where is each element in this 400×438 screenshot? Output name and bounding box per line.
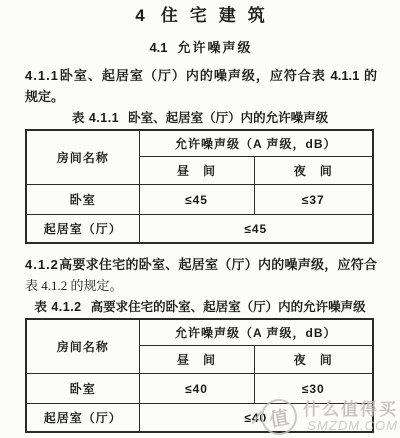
table-4-1-2-room-bedroom: 卧室 — [26, 374, 139, 404]
table-4-1-2-room-livingroom: 起居室（厅） — [26, 404, 139, 433]
table-4-1-1: 房间名称 允许噪声级（A 声级，dB） 昼 间 夜 间 卧室 ≤45 ≤37 起… — [25, 129, 374, 244]
document-page: 4住宅建筑 4.1允许噪声级 4.1.1卧室、起居室（厅）内的噪声级，应符合表 … — [0, 0, 400, 438]
table-4-1-1-caption-text: 卧室、起居室（厅）内的允许噪声级 — [128, 111, 328, 125]
clause-4-1-2-text: 高要求住宅的卧室、起居室（厅）内的噪声级，应符合 — [59, 257, 377, 272]
section-number: 4.1 — [149, 40, 167, 55]
table-4-1-2-header-group: 允许噪声级（A 声级，dB） — [139, 319, 373, 346]
chapter-number: 4 — [135, 6, 144, 25]
table-4-1-1-header-group: 允许噪声级（A 声级，dB） — [139, 130, 373, 157]
table-4-1-1-livingroom-value: ≤45 — [139, 215, 373, 244]
table-4-1-2-bedroom-night-value: ≤30 — [254, 374, 373, 404]
table-4-1-1-header-room: 房间名称 — [26, 130, 139, 185]
table-4-1-2-bedroom-day-value: ≤40 — [139, 374, 254, 404]
table-4-1-1-header-day: 昼 间 — [139, 157, 254, 185]
table-4-1-1-header-night: 夜 间 — [254, 157, 373, 185]
clause-4-1-1-line2: 规定。 — [25, 86, 377, 107]
table-4-1-2-header-night: 夜 间 — [254, 346, 373, 374]
section-name: 允许噪声级 — [178, 40, 253, 55]
table-4-1-2: 房间名称 允许噪声级（A 声级，dB） 昼 间 夜 间 卧室 ≤40 ≤30 起… — [25, 318, 374, 433]
table-row: 起居室（厅） ≤45 — [26, 215, 373, 244]
clause-4-1-2-line1: 4.1.2高要求住宅的卧室、起居室（厅）内的噪声级，应符合 — [25, 254, 377, 275]
table-4-1-1-bedroom-night-value: ≤37 — [254, 185, 373, 215]
table-4-1-1-room-livingroom: 起居室（厅） — [26, 215, 139, 244]
clause-4-1-2: 4.1.2高要求住宅的卧室、起居室（厅）内的噪声级，应符合 表 4.1.2 的规… — [25, 254, 377, 296]
table-4-1-1-room-bedroom: 卧室 — [26, 185, 139, 215]
clause-4-1-1-number: 4.1.1 — [25, 68, 59, 83]
table-4-1-2-header-room: 房间名称 — [26, 319, 139, 374]
section-heading: 4.1允许噪声级 — [0, 40, 400, 56]
table-4-1-2-header-day: 昼 间 — [139, 346, 254, 374]
table-4-1-2-caption-text: 高要求住宅的卧室、起居室（厅）内的允许噪声级 — [91, 300, 366, 314]
table-4-1-1-caption-label: 表 4.1.1 — [72, 111, 119, 125]
table-4-1-1-caption: 表 4.1.1卧室、起居室（厅）内的允许噪声级 — [0, 110, 400, 126]
clause-4-1-2-number: 4.1.2 — [25, 257, 59, 272]
clause-4-1-2-line2: 表 4.1.2 的规定。 — [25, 275, 377, 296]
table-row: 卧室 ≤45 ≤37 — [26, 185, 373, 215]
table-4-1-2-livingroom-value: ≤40 — [139, 404, 373, 433]
table-row: 卧室 ≤40 ≤30 — [26, 374, 373, 404]
clause-4-1-1: 4.1.1卧室、起居室（厅）内的噪声级，应符合表 4.1.1 的 规定。 — [25, 65, 377, 107]
chapter-title: 4住宅建筑 — [0, 0, 400, 26]
clause-4-1-1-line1: 4.1.1卧室、起居室（厅）内的噪声级，应符合表 4.1.1 的 — [25, 65, 377, 86]
table-row: 起居室（厅） ≤40 — [26, 404, 373, 433]
table-4-1-1-bedroom-day-value: ≤45 — [139, 185, 254, 215]
table-4-1-2-caption: 表 4.1.2高要求住宅的卧室、起居室（厅）内的允许噪声级 — [0, 299, 400, 315]
chapter-name: 住宅建筑 — [161, 6, 277, 25]
table-4-1-2-caption-label: 表 4.1.2 — [34, 300, 81, 314]
clause-4-1-1-text: 卧室、起居室（厅）内的噪声级，应符合表 4.1.1 的 — [59, 68, 377, 83]
